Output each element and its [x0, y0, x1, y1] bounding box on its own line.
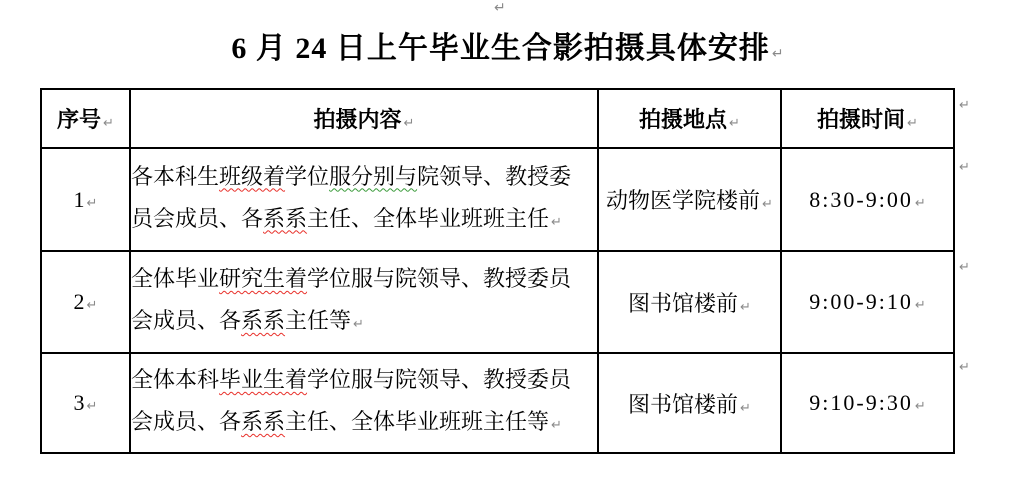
- location-text: 图书馆楼前: [628, 392, 738, 417]
- text-segment: 班级着: [219, 164, 285, 189]
- paragraph-mark: ↵: [103, 116, 114, 131]
- paragraph-mark: ↵: [740, 300, 751, 315]
- text-segment: 会成员、各: [131, 308, 241, 333]
- header-label: 拍摄时间: [817, 107, 905, 132]
- paragraph-mark: ↵: [87, 399, 98, 414]
- paragraph-mark: ↵: [551, 215, 562, 230]
- text-segment: 学位: [285, 164, 329, 189]
- location-text: 动物医学院楼前: [606, 188, 760, 213]
- document-title[interactable]: 6 月 24 日上午毕业生合影拍摄具体安排↵: [0, 30, 1015, 73]
- row-index: 2: [74, 289, 85, 314]
- time-cell[interactable]: 9:00-9:10↵: [781, 251, 954, 353]
- text-segment: 主任、全体毕业班班主任等: [285, 409, 549, 434]
- row-end-mark: ↵: [959, 260, 970, 275]
- paragraph-mark: ↵: [915, 399, 926, 414]
- row-end-mark: ↵: [959, 360, 970, 375]
- paragraph-mark: ↵: [87, 298, 98, 313]
- text-segment: 全体毕业: [131, 266, 219, 291]
- paragraph-mark: ↵: [87, 196, 98, 211]
- paragraph-mark: ↵: [404, 116, 415, 131]
- text-segment: 会成员、各: [131, 409, 241, 434]
- row-index-cell[interactable]: 2↵: [41, 251, 130, 353]
- time-text: 8:30-9:00: [809, 187, 913, 212]
- header-label: 拍摄地点: [639, 107, 727, 132]
- schedule-table: 序号↵ 拍摄内容↵ 拍摄地点↵ 拍摄时间↵ 1↵ 各本科生班级着学位服分别与院领…: [40, 88, 955, 454]
- time-cell[interactable]: 9:10-9:30↵: [781, 353, 954, 453]
- content-cell[interactable]: 各本科生班级着学位服分别与院领导、教授委员会成员、各系系主任、全体毕业班班主任↵: [130, 148, 598, 251]
- title-text: 6 月 24 日上午毕业生合影拍摄具体安排: [231, 32, 770, 65]
- row-index-cell[interactable]: 3↵: [41, 353, 130, 453]
- time-text: 9:10-9:30: [809, 390, 913, 415]
- paragraph-mark: ↵: [915, 196, 926, 211]
- paragraph-mark: ↵: [494, 0, 506, 16]
- table-row: 3↵ 全体本科毕业生着学位服与院领导、教授委员会成员、各系系主任、全体毕业班班主…: [41, 353, 954, 453]
- location-cell[interactable]: 动物医学院楼前↵: [598, 148, 781, 251]
- header-location[interactable]: 拍摄地点↵: [598, 89, 781, 148]
- time-text: 9:00-9:10: [809, 289, 913, 314]
- row-end-mark: ↵: [959, 98, 970, 113]
- header-row: 序号↵ 拍摄内容↵ 拍摄地点↵ 拍摄时间↵: [41, 89, 954, 148]
- text-segment: 系系: [241, 409, 285, 434]
- paragraph-mark: ↵: [907, 116, 918, 131]
- text-segment: 全体本科: [131, 367, 219, 392]
- content-cell[interactable]: 全体本科毕业生着学位服与院领导、教授委员会成员、各系系主任、全体毕业班班主任等↵: [130, 353, 598, 453]
- paragraph-mark: ↵: [729, 116, 740, 131]
- time-cell[interactable]: 8:30-9:00↵: [781, 148, 954, 251]
- header-index[interactable]: 序号↵: [41, 89, 130, 148]
- location-cell[interactable]: 图书馆楼前↵: [598, 353, 781, 453]
- paragraph-mark: ↵: [772, 46, 784, 62]
- text-segment: 主任、全体毕业班班主任: [307, 206, 549, 231]
- content-cell[interactable]: 全体毕业研究生着学位服与院领导、教授委员会成员、各系系主任等↵: [130, 251, 598, 353]
- row-end-mark: ↵: [959, 160, 970, 175]
- content-paragraph: 各本科生班级着学位服分别与院领导、教授委员会成员、各系系主任、全体毕业班班主任↵: [131, 156, 597, 244]
- row-index-cell[interactable]: 1↵: [41, 148, 130, 251]
- header-content[interactable]: 拍摄内容↵: [130, 89, 598, 148]
- row-index: 3: [74, 390, 85, 415]
- row-index: 1: [74, 187, 85, 212]
- text-segment: 毕业生着: [219, 367, 307, 392]
- table-row: 2↵ 全体毕业研究生着学位服与院领导、教授委员会成员、各系系主任等↵ 图书馆楼前…: [41, 251, 954, 353]
- text-segment: 主任等: [285, 308, 351, 333]
- text-segment: 员会成员、各: [131, 206, 263, 231]
- text-segment: 学位服与院领导、教授委员: [307, 367, 571, 392]
- header-label: 序号: [57, 107, 101, 132]
- paragraph-mark: ↵: [915, 298, 926, 313]
- text-segment: 学位服与院领导、教授委员: [307, 266, 571, 291]
- content-paragraph: 全体本科毕业生着学位服与院领导、教授委员会成员、各系系主任、全体毕业班班主任等↵: [131, 359, 597, 447]
- paragraph-mark: ↵: [740, 401, 751, 416]
- header-time[interactable]: 拍摄时间↵: [781, 89, 954, 148]
- text-segment: 系系: [263, 206, 307, 231]
- paragraph-mark: ↵: [762, 197, 773, 212]
- header-label: 拍摄内容: [314, 107, 402, 132]
- location-cell[interactable]: 图书馆楼前↵: [598, 251, 781, 353]
- text-segment: 系系: [241, 308, 285, 333]
- text-segment: 服分别与: [329, 164, 417, 189]
- table-row: 1↵ 各本科生班级着学位服分别与院领导、教授委员会成员、各系系主任、全体毕业班班…: [41, 148, 954, 251]
- text-segment: 研究生着: [219, 266, 307, 291]
- document-page: ↵ 6 月 24 日上午毕业生合影拍摄具体安排↵ 序号↵ 拍摄内容↵ 拍摄地点↵…: [0, 0, 1015, 481]
- paragraph-mark: ↵: [551, 418, 562, 433]
- location-text: 图书馆楼前: [628, 291, 738, 316]
- paragraph-mark: ↵: [353, 317, 364, 332]
- text-segment: 院领导、教授委: [417, 164, 571, 189]
- content-paragraph: 全体毕业研究生着学位服与院领导、教授委员会成员、各系系主任等↵: [131, 258, 597, 346]
- text-segment: 各本科生: [131, 164, 219, 189]
